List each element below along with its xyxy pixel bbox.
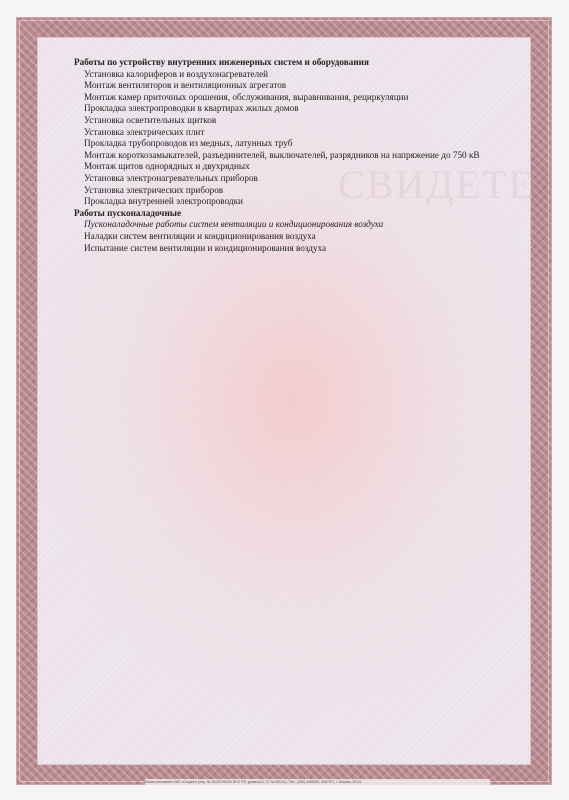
work-item: Пусконаладочные работы систем вентиляции… bbox=[74, 219, 480, 231]
work-item: Испытание систем вентиляции и кондициони… bbox=[74, 243, 480, 255]
work-item: Монтаж вентиляторов и вентиляционных агр… bbox=[74, 80, 480, 92]
work-item: Монтаж щитов однорядных и двухрядных bbox=[74, 161, 480, 173]
certificate-page: СВИДЕТЕЛЬСТВО Работы по устройству внутр… bbox=[0, 0, 569, 800]
work-item: Установка осветительных щитков bbox=[74, 115, 480, 127]
work-item: Прокладка трубопроводов из медных, латун… bbox=[74, 138, 480, 150]
work-item: Установка калориферов и воздухонагревате… bbox=[74, 69, 480, 81]
work-item: Наладки систем вентиляции и кондициониро… bbox=[74, 231, 480, 243]
work-item: Прокладка электропроводки в квартирах жи… bbox=[74, 103, 480, 115]
section-heading: Работы пусконаладочные bbox=[74, 208, 480, 220]
work-item: Установка электрических плит bbox=[74, 127, 480, 139]
footer-imprint: Бланк изготовлен ЗАО «Опцион» (лиц. № 05… bbox=[145, 779, 490, 785]
work-item: Монтаж камер приточных орошения, обслужи… bbox=[74, 92, 480, 104]
work-item: Монтаж короткозамыкателей, разъединителе… bbox=[74, 150, 480, 162]
section-heading: Работы по устройству внутренних инженерн… bbox=[74, 57, 480, 69]
works-list: Работы по устройству внутренних инженерн… bbox=[74, 57, 480, 254]
work-item: Установка электрических приборов bbox=[74, 185, 480, 197]
work-item: Установка электронагревательных приборов bbox=[74, 173, 480, 185]
work-item: Прокладка внутренней электропроводки bbox=[74, 196, 480, 208]
